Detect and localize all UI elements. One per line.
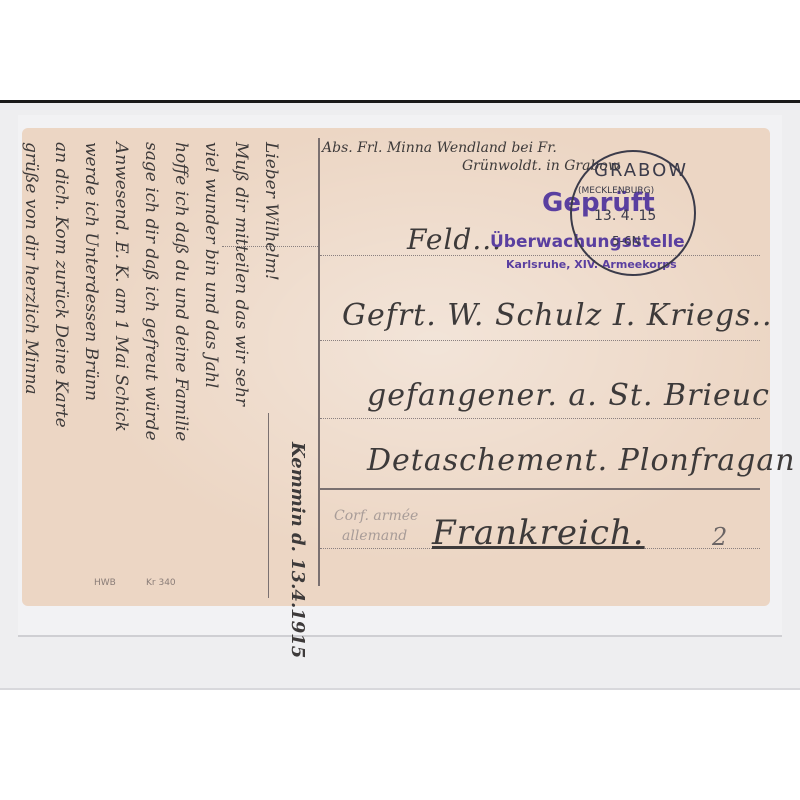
message-body: Lieber Wilhelm! Muß dir mitteilen das wi… [16, 142, 286, 441]
address-greeting: Feld... [407, 223, 502, 256]
message-line: Anwesend. E. K. am 1 Mai Schick [106, 142, 136, 441]
scan-background [0, 0, 800, 102]
postmark-region: (MECKLENBURG) [578, 186, 654, 196]
postmark-town: GRABOW [594, 160, 688, 181]
postmark-time: 5-6N [612, 234, 641, 248]
address-line-3: Detaschement. Plonfragan [367, 443, 796, 478]
message-line: sage ich dir daß ich gefreut würde [136, 142, 166, 441]
address-line-4: Frankreich. [432, 513, 645, 553]
address-line-1: Gefrt. W. Schulz I. Kriegs.. [342, 298, 773, 333]
postmark-date: 13. 4. 15 [594, 208, 656, 224]
message-line: an dich. Kom zurück Deine Karte [46, 142, 76, 441]
address-rule-2 [320, 340, 760, 341]
message-line: viel wunder bin und das Jahl [196, 142, 226, 441]
note-number: 2 [712, 523, 728, 551]
address-rule-1 [320, 255, 760, 256]
message-line: hoffe ich daß du und deine Familie [166, 142, 196, 441]
sender-line-1: Abs. Frl. Minna Wendland bei Fr. [322, 140, 557, 156]
address-line-2: gefangener. a. St. Brieuc [367, 378, 770, 413]
center-divider [318, 138, 320, 586]
pencil-note-1: Corf. armée [334, 508, 418, 524]
series-mark: Kr 340 [146, 578, 176, 588]
address-rule-3 [320, 418, 760, 419]
message-line: grüße von dir herzlich Minna [16, 142, 46, 441]
postcard: Abs. Frl. Minna Wendland bei Fr. Grünwol… [22, 128, 770, 606]
postmark: GRABOW (MECKLENBURG) 13. 4. 15 5-6N [570, 150, 696, 276]
publisher-mark: HWB [94, 578, 116, 588]
address-rule-4 [320, 488, 760, 490]
message-dateline: Kemmin d. 13.4.1915 [282, 442, 312, 658]
message-line: werde ich Unterdessen Brünn [76, 142, 106, 441]
message-line: Lieber Wilhelm! [256, 142, 286, 441]
message-line: Muß dir mitteilen das wir sehr [226, 142, 256, 441]
pencil-note-2: allemand [342, 528, 407, 544]
